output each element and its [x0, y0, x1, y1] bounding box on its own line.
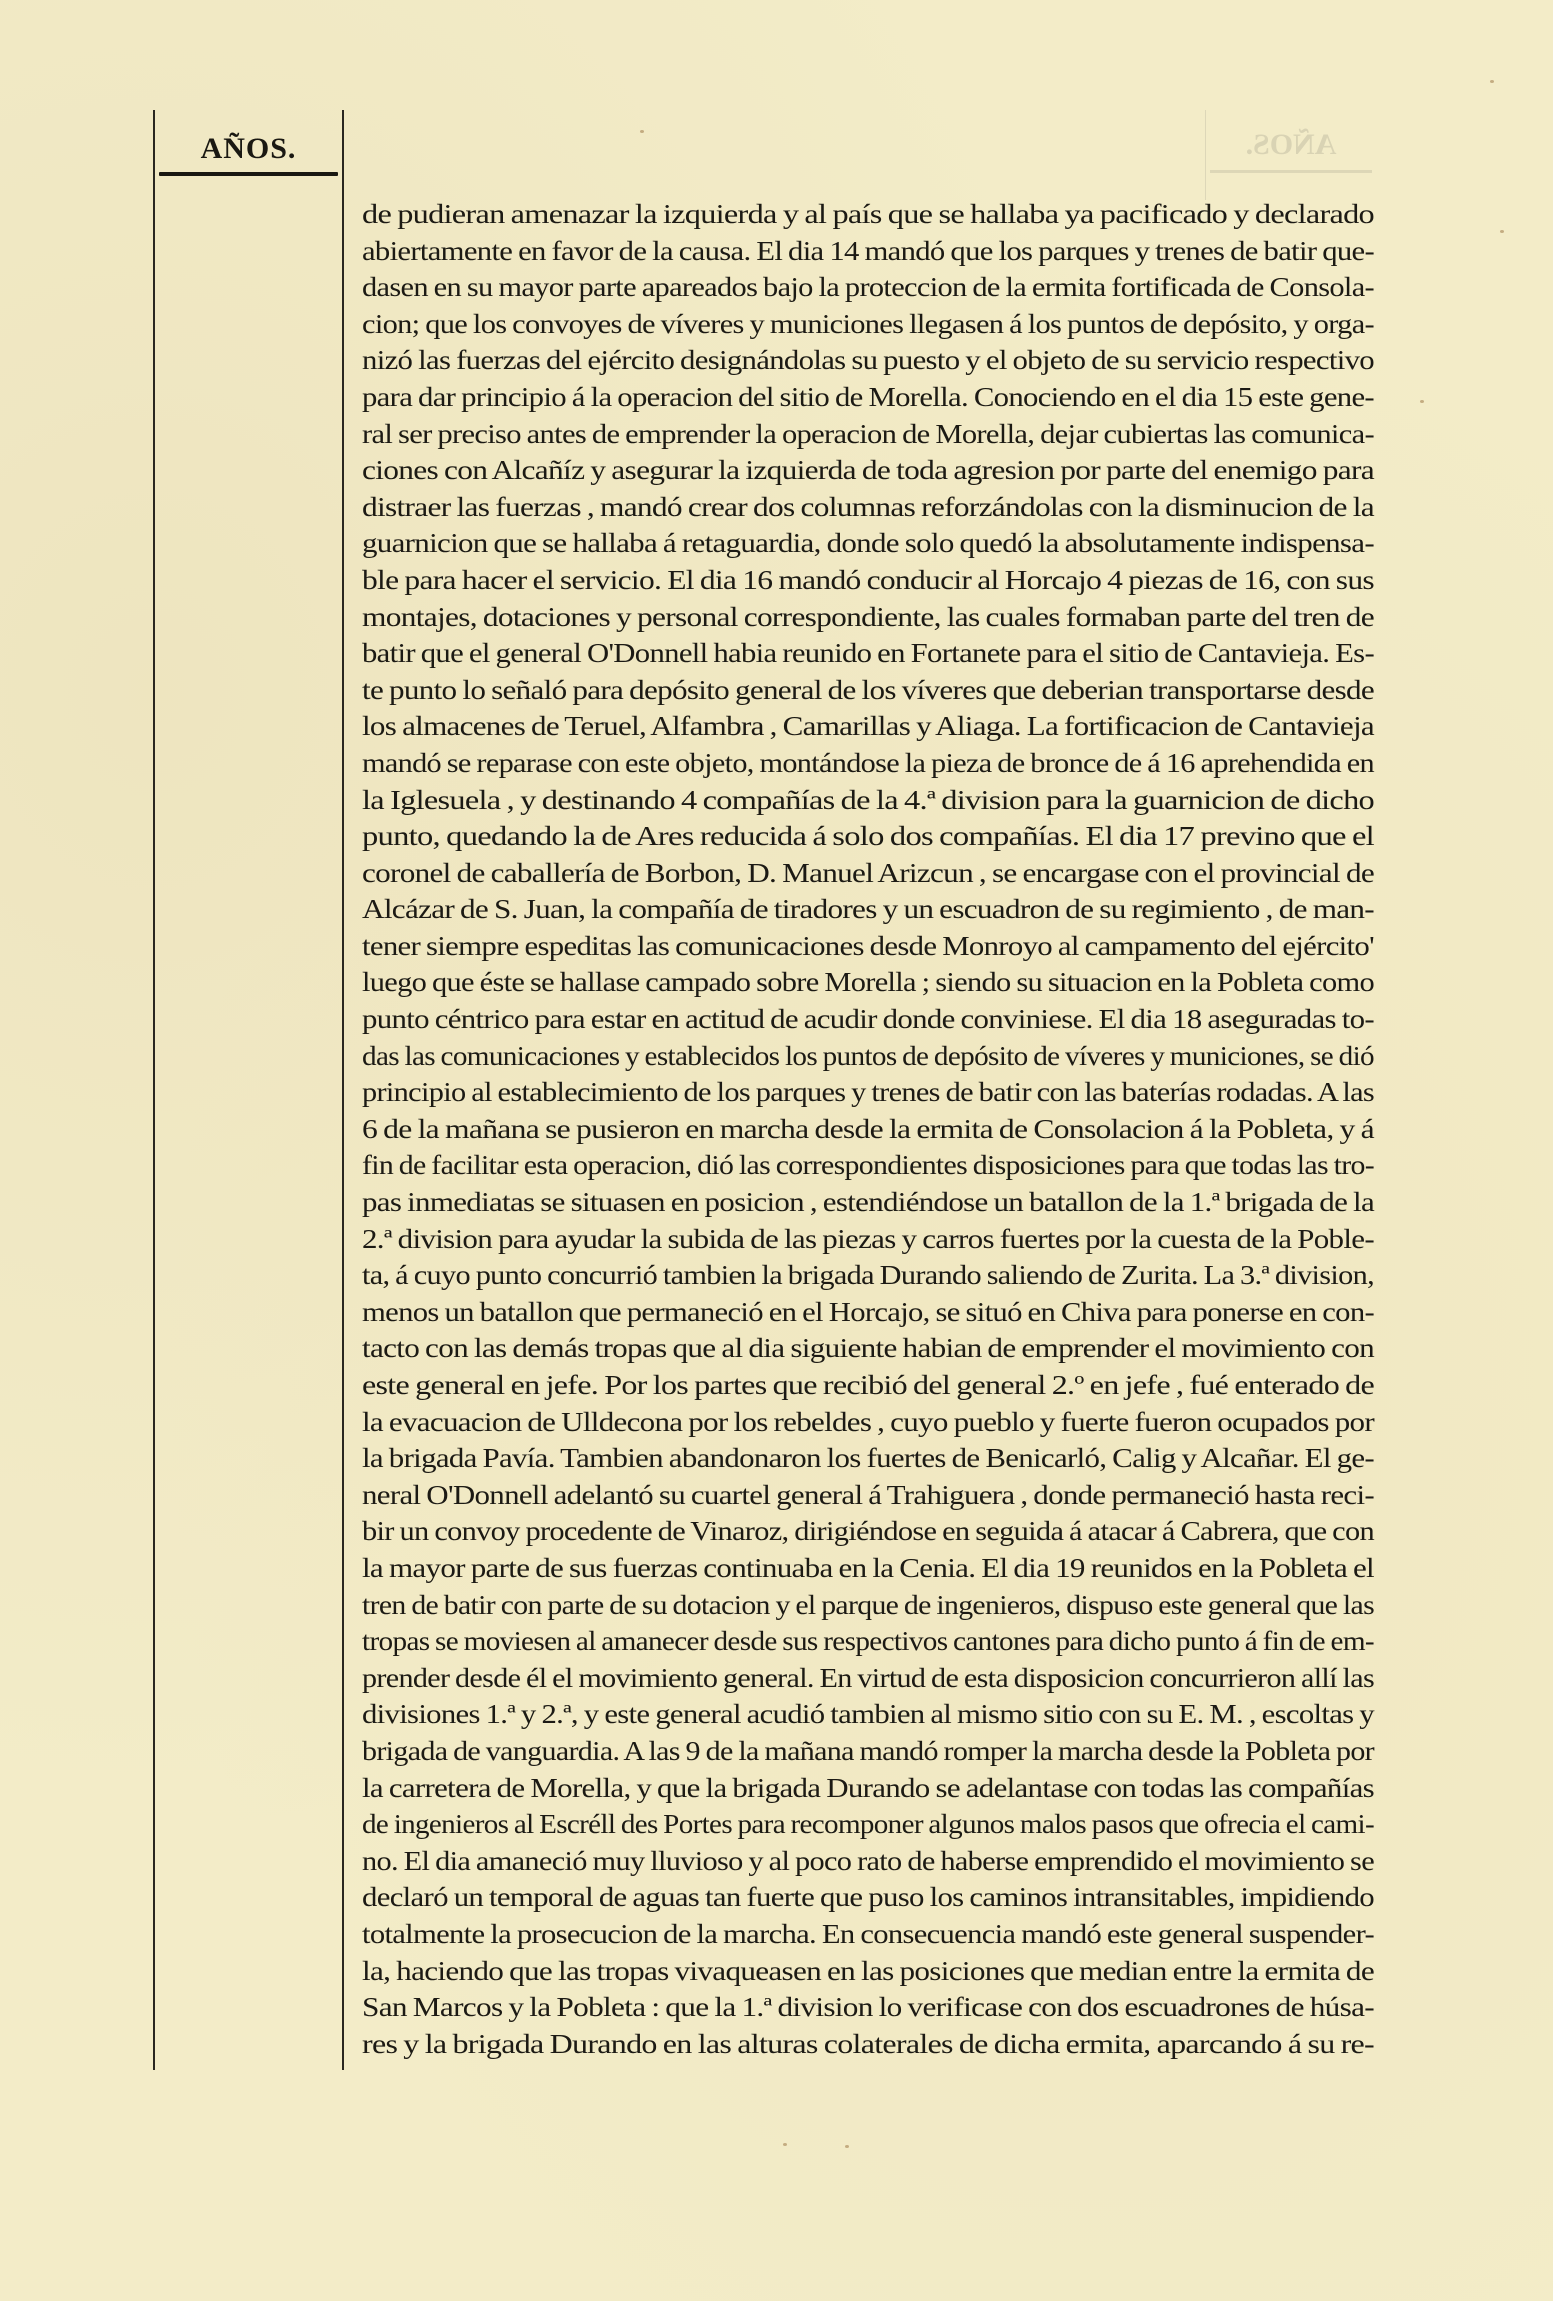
text-line: bir un convoy procedente de Vinaroz, dir… — [362, 1513, 1374, 1550]
text-line: los almacenes de Teruel, Alfambra , Cama… — [362, 708, 1374, 745]
text-line: San Marcos y la Pobleta : que la 1.ª div… — [362, 1989, 1374, 2026]
text-line: la mayor parte de sus fuerzas continuaba… — [362, 1550, 1374, 1587]
text-line: guarnicion que se hallaba á retaguardia,… — [362, 525, 1374, 562]
text-line: para dar principio á la operacion del si… — [362, 379, 1374, 416]
text-line: la brigada Pavía. Tambien abandonaron lo… — [362, 1440, 1374, 1477]
text-line: la carretera de Morella, y que la brigad… — [362, 1770, 1374, 1807]
text-line: de ingenieros al Escréll des Portes para… — [362, 1806, 1374, 1843]
text-line: declaró un temporal de aguas tan fuerte … — [362, 1879, 1374, 1916]
paper-speck — [640, 130, 644, 133]
text-line: distraer las fuerzas , mandó crear dos c… — [362, 489, 1374, 526]
text-line: ciones con Alcañíz y asegurar la izquier… — [362, 452, 1374, 489]
paper-speck — [1500, 230, 1504, 233]
paper-speck — [1420, 400, 1424, 403]
text-line: prender desde él el movimiento general. … — [362, 1660, 1374, 1697]
text-line: pas inmediatas se situasen en posicion ,… — [362, 1184, 1374, 1221]
margin-heading: AÑOS. — [155, 132, 342, 166]
text-line: punto céntrico para estar en actitud de … — [362, 1001, 1374, 1038]
text-line: ble para hacer el servicio. El dia 16 ma… — [362, 562, 1374, 599]
margin-rule — [159, 172, 338, 176]
text-line: tropas se moviesen al amanecer desde sus… — [362, 1623, 1374, 1660]
bleed-through-rule — [1210, 170, 1372, 173]
text-line: nizó las fuerzas del ejército designándo… — [362, 342, 1374, 379]
bleed-through-margin: AÑOS. — [1205, 110, 1376, 200]
text-line: tener siempre espeditas las comunicacion… — [362, 928, 1374, 965]
text-line: te punto lo señaló para depósito general… — [362, 672, 1374, 709]
text-line: coronel de caballería de Borbon, D. Manu… — [362, 855, 1374, 892]
text-line: Alcázar de S. Juan, la compañía de tirad… — [362, 891, 1374, 928]
text-line: principio al establecimiento de los parq… — [362, 1074, 1374, 1111]
text-line: 6 de la mañana se pusieron en marcha des… — [362, 1111, 1374, 1148]
text-line: batir que el general O'Donnell habia reu… — [362, 635, 1374, 672]
text-line: la evacuacion de Ulldecona por los rebel… — [362, 1404, 1374, 1441]
text-line: dasen en su mayor parte apareados bajo l… — [362, 269, 1374, 306]
text-line: tren de batir con parte de su dotacion y… — [362, 1587, 1374, 1624]
text-line: de pudieran amenazar la izquierda y al p… — [362, 196, 1374, 233]
text-line: fin de facilitar esta operacion, dió las… — [362, 1147, 1374, 1184]
text-line: abiertamente en favor de la causa. El di… — [362, 233, 1374, 270]
body-text: de pudieran amenazar la izquierda y al p… — [362, 196, 1374, 2062]
text-line: punto, quedando la de Ares reducida á so… — [362, 818, 1374, 855]
paper-speck — [845, 2145, 849, 2148]
margin-column: AÑOS. — [153, 110, 344, 2070]
text-line: luego que éste se hallase campado sobre … — [362, 964, 1374, 1001]
text-line: brigada de vanguardia. A las 9 de la mañ… — [362, 1733, 1374, 1770]
text-line: menos un batallon que permaneció en el H… — [362, 1294, 1374, 1331]
paper-speck — [783, 2143, 787, 2146]
text-line: este general en jefe. Por los partes que… — [362, 1367, 1374, 1404]
text-line: res y la brigada Durando en las alturas … — [362, 2026, 1374, 2063]
text-line: neral O'Donnell adelantó su cuartel gene… — [362, 1477, 1374, 1514]
bleed-through-heading: AÑOS. — [1206, 128, 1376, 162]
text-line: tacto con las demás tropas que al dia si… — [362, 1330, 1374, 1367]
text-line: ral ser preciso antes de emprender la op… — [362, 416, 1374, 453]
text-line: divisiones 1.ª y 2.ª, y este general acu… — [362, 1696, 1374, 1733]
text-line: ta, á cuyo punto concurrió tambien la br… — [362, 1257, 1374, 1294]
text-line: mandó se reparase con este objeto, montá… — [362, 745, 1374, 782]
text-line: la, haciendo que las tropas vivaqueasen … — [362, 1953, 1374, 1990]
document-page: AÑOS. AÑOS. de pudieran amenazar la izqu… — [0, 0, 1553, 2301]
text-line: cion; que los convoyes de víveres y muni… — [362, 306, 1374, 343]
text-line: 2.ª division para ayudar la subida de la… — [362, 1221, 1374, 1258]
text-line: la Iglesuela , y destinando 4 compañías … — [362, 782, 1374, 819]
text-line: no. El dia amaneció muy lluvioso y al po… — [362, 1843, 1374, 1880]
text-line: totalmente la prosecucion de la marcha. … — [362, 1916, 1374, 1953]
text-line: montajes, dotaciones y personal correspo… — [362, 599, 1374, 636]
paper-speck — [1490, 80, 1494, 83]
text-line: das las comunicaciones y establecidos lo… — [362, 1038, 1374, 1075]
